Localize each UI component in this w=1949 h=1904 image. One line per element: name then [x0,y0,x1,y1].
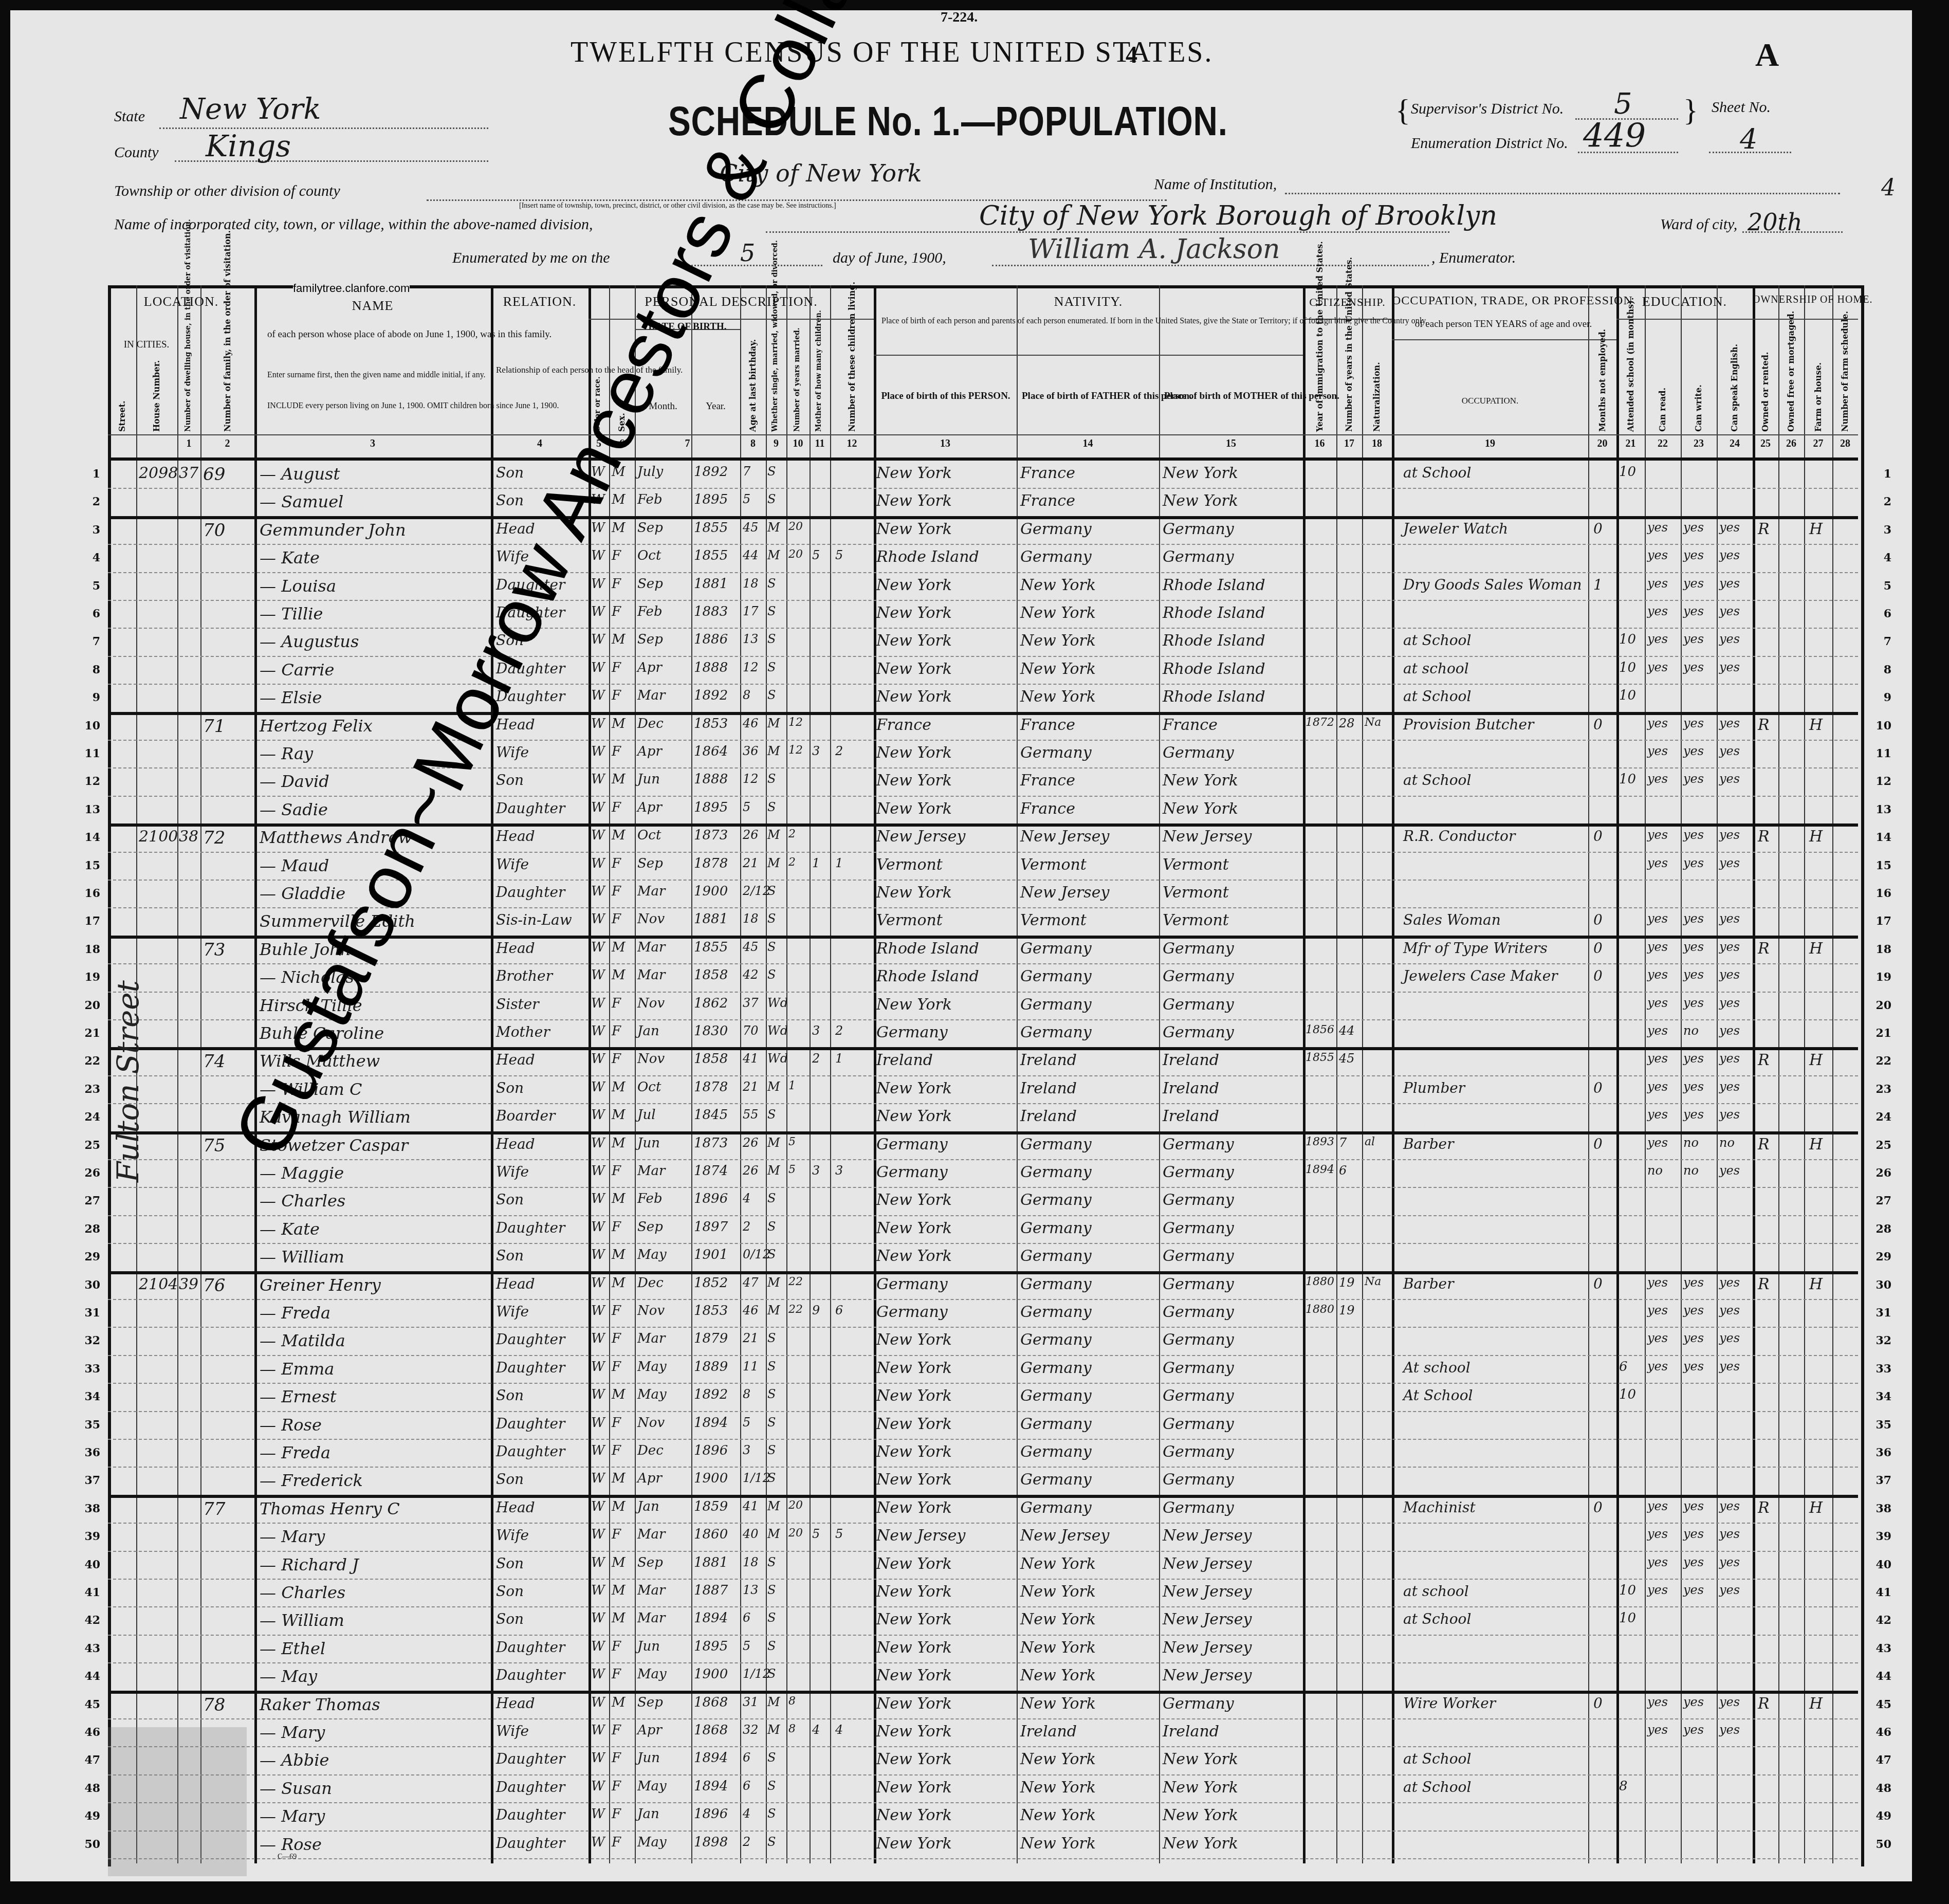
cell-pom: Germany [1163,967,1234,985]
cell-mar: S [767,967,776,982]
cell-pob: New York [876,1191,952,1209]
enumerated-suffix: day of June, 1900, [833,249,946,267]
cell-mar: S [767,688,776,702]
cell-name: — Kate [260,1219,320,1239]
cell-yr: 1894 [694,1610,728,1626]
cell-ym: 2 [788,828,796,840]
cell-rd: yes [1647,1499,1668,1513]
column-number: 10 [786,438,810,450]
cell-age: 4 [743,1191,750,1205]
cell-age: 8 [743,1387,750,1401]
cell-pom: Germany [1163,1023,1234,1041]
cell-rel: Sister [496,996,539,1013]
cell-pom: New Jersey [1163,1639,1252,1657]
cell-wr: yes [1683,772,1704,786]
cell-pof: France [1020,464,1075,482]
cell-mar: S [767,1415,776,1430]
enumerator-label: , Enumerator. [1431,249,1516,267]
header-marital: Whether single, married, widowed, or div… [771,329,779,432]
cell-age: 26 [743,1163,759,1178]
header-pob-mother: Place of birth of MOTHER of this person. [1164,391,1298,402]
cell-pof: France [1020,492,1075,510]
row-number-right: 39 [1871,1530,1891,1543]
cell-rd: yes [1647,1079,1668,1094]
sheet-label: Sheet No. [1712,99,1771,116]
cell-wr: yes [1683,1723,1704,1737]
header-naturalization: Naturalization. [1372,360,1382,432]
cell-pom: Vermont [1163,884,1229,902]
cell-age: 7 [743,464,750,479]
cell-rd: yes [1647,1555,1668,1569]
cell-rd: yes [1647,1275,1668,1290]
cell-pob: New York [876,884,952,902]
sheet-value: 4 [1740,123,1757,156]
cell-mc: 9 [812,1303,820,1317]
cell-mo: Oct [637,828,661,843]
cell-mo: Jan [637,1499,659,1514]
cell-color: W [591,716,605,731]
header-free: Owned free or mortgaged. [1786,324,1796,432]
row-number-right: 40 [1871,1558,1891,1571]
header-school: Attended school (in months). [1626,324,1635,432]
street-name-note: Fulton Street [111,980,145,1182]
cell-sex: F [612,1163,621,1179]
cell-color: W [591,576,605,592]
row-number-right: 48 [1871,1782,1891,1795]
cell-rd: yes [1647,911,1668,926]
cell-age: 13 [743,632,759,646]
cell-mc: 5 [812,1527,820,1541]
cell-unemp: 0 [1593,1499,1603,1516]
cell-pob: France [876,716,931,734]
cell-pom: Germany [1163,996,1234,1014]
cell-name: Gemmunder John [260,520,406,540]
cell-yr: 1900 [694,884,728,899]
institution-line [1285,193,1840,194]
row-divider [1392,339,1616,340]
cell-yr: 1896 [694,1191,728,1206]
row-divider [108,1858,1858,1859]
cell-pof: Germany [1020,744,1092,762]
row-number-right: 22 [1871,1054,1891,1068]
cell-mo: Nov [637,1415,665,1431]
cell-name: — William [260,1247,344,1267]
cell-house: 2100 [139,828,178,846]
cell-pom: New Jersey [1163,828,1252,846]
cell-pof: Germany [1020,1359,1092,1377]
cell-mar: M [767,1723,780,1737]
cell-sp: yes [1719,1555,1740,1569]
header-farm-schedule: Number of farm schedule. [1840,324,1850,432]
row-number-right: 30 [1871,1278,1891,1292]
cell-name: — Ernest [260,1387,337,1406]
cell-pom: New Jersey [1163,1527,1252,1545]
cell-wr: no [1683,1023,1699,1038]
cell-pom: Rhode Island [1163,576,1265,594]
cell-pof: Germany [1020,520,1092,538]
cell-age: 70 [743,1023,759,1038]
cell-name: — Maggie [260,1163,344,1183]
cell-mo: Sep [637,1219,663,1235]
cell-pom: New Jersey [1163,1555,1252,1573]
cell-name: — Freda [260,1443,330,1462]
cell-pob: Germany [876,1163,948,1181]
cell-pob: New York [876,744,952,762]
cell-wr: yes [1683,1583,1704,1597]
watermark-site[interactable]: familytree.clanfore.com [293,282,410,295]
cell-color: W [591,1471,605,1486]
cell-pof: New York [1020,1583,1096,1601]
header-farm-house: Farm or house. [1813,324,1823,432]
city-value: City of New York Borough of Brooklyn [979,200,1497,231]
cell-occ: Jewelers Case Maker [1403,967,1558,984]
row-number-left: 15 [80,859,100,872]
cell-mar: S [767,1359,776,1374]
cell-pof: France [1020,772,1075,790]
cell-pof: Germany [1020,548,1092,566]
cell-pom: Germany [1163,1499,1234,1517]
cell-rel: Wife [496,1527,529,1544]
cell-fam: 69 [203,464,225,485]
cell-rd: yes [1647,1583,1668,1597]
cell-pom: Ireland [1163,1051,1219,1069]
column-number: 17 [1336,438,1362,450]
cell-sex: M [612,1107,626,1123]
cell-pof: Vermont [1020,856,1087,874]
cell-mar: S [767,1779,776,1793]
cell-mo: Apr [637,744,662,759]
cell-pom: New Jersey [1163,1667,1252,1685]
cell-wr: yes [1683,940,1704,954]
cell-mar: S [767,884,776,898]
cell-color: W [591,1555,605,1570]
cell-pob: New York [876,1667,952,1685]
cell-unemp: 0 [1593,828,1603,845]
cell-occ: at School [1403,1779,1471,1796]
cell-rel: Brother [496,967,553,984]
cell-yr: 1889 [694,1359,728,1375]
cell-sex: F [612,1359,621,1375]
cell-rd: yes [1647,1303,1668,1317]
cell-mar: S [767,1247,776,1261]
row-number-right: 16 [1871,887,1891,900]
cell-ym: 20 [788,548,803,561]
cell-sp: yes [1719,744,1740,758]
cell-pom: Germany [1163,1303,1234,1321]
cell-ym: 12 [788,716,803,729]
cell-mar: S [767,1471,776,1485]
cell-mo: Sep [637,576,663,592]
cell-rel: Daughter [496,1639,565,1656]
cell-name: — Abbie [260,1750,329,1770]
cell-wr: yes [1683,996,1704,1010]
cell-sp: yes [1719,520,1740,535]
cell-rd: yes [1647,856,1668,870]
cell-fam: 70 [203,520,225,541]
cell-sex: M [612,967,626,983]
cell-ym: 20 [788,1499,803,1512]
cell-yr: 1895 [694,492,728,507]
cell-pob: Vermont [876,911,943,929]
column-number: 13 [874,438,1017,450]
ed-value: 449 [1583,117,1646,155]
row-number-left: 23 [80,1083,100,1096]
cell-wr: yes [1683,911,1704,926]
cell-pom: New York [1163,1806,1238,1824]
cell-pob: New York [876,1387,952,1405]
header-name-sub: of each person whose place of abode on J… [267,329,478,341]
cell-sp: yes [1719,1303,1740,1317]
brace-right: } [1683,93,1698,128]
cell-rd: yes [1647,1331,1668,1345]
cell-rel: Wife [496,1723,529,1740]
cell-name: — August [260,464,340,484]
row-number-right: 25 [1871,1139,1891,1152]
cell-age: 46 [743,716,759,730]
row-number-right: 38 [1871,1502,1891,1515]
cell-rel: Daughter [496,1331,565,1348]
cell-color: W [591,1275,605,1291]
cell-unemp: 1 [1593,576,1603,593]
cell-rel: Son [496,1191,524,1208]
cell-pof: Germany [1020,1136,1092,1154]
cell-pob: New York [876,464,952,482]
cell-pom: New York [1163,492,1238,510]
cell-yr: 1878 [694,856,728,871]
cell-pom: New York [1163,1835,1238,1853]
cell-pom: Germany [1163,1275,1234,1293]
cell-age: 0/12 [743,1247,770,1261]
cell-age: 46 [743,1303,759,1317]
cell-name: — Ray [260,744,313,763]
cell-pof: New York [1020,576,1096,594]
cell-unemp: 0 [1593,716,1603,733]
cell-color: W [591,744,605,759]
cell-age: 26 [743,1136,759,1150]
cell-age: 26 [743,828,759,842]
cell-name: — Mary [260,1806,325,1826]
cell-mo: Jun [637,1136,660,1151]
cell-mar: S [767,911,776,926]
column-number: 27 [1804,438,1832,450]
cell-age: 8 [743,688,750,702]
cell-sp: yes [1719,1275,1740,1290]
cell-sex: M [612,520,626,536]
cell-occ: Machinist [1403,1499,1476,1516]
cell-imm: 1855 [1306,1051,1334,1064]
cell-rd: yes [1647,632,1668,646]
cell-sex: F [612,1835,621,1850]
cell-color: W [591,772,605,787]
cell-age: 41 [743,1051,759,1066]
cell-wr: yes [1683,967,1704,982]
cell-yus: 19 [1339,1275,1355,1290]
cell-pom: Germany [1163,940,1234,958]
row-number-right: 29 [1871,1250,1891,1264]
cell-color: W [591,660,605,675]
cell-sex: M [612,1499,626,1514]
cell-sp: yes [1719,576,1740,591]
cell-pof: Germany [1020,1499,1092,1517]
cell-sp: yes [1719,911,1740,926]
cell-sex: F [612,604,621,619]
cell-mar: M [767,856,780,870]
cell-name: — Frederick [260,1471,363,1490]
cell-cl: 5 [835,1527,843,1541]
cell-pom: Germany [1163,1695,1234,1713]
cell-sp: yes [1719,604,1740,618]
cell-wr: yes [1683,1499,1704,1513]
cell-wr: yes [1683,744,1704,758]
cell-unemp: 0 [1593,911,1603,928]
cell-pof: Ireland [1020,1107,1077,1125]
cell-pom: Germany [1163,744,1234,762]
cell-yr: 1881 [694,576,728,592]
cell-sp: yes [1719,1331,1740,1345]
cell-rd: yes [1647,520,1668,535]
cell-yr: 1898 [694,1835,728,1850]
row-number-left: 10 [80,719,100,733]
cell-mo: Oct [637,548,661,563]
cell-yus: 19 [1339,1303,1355,1317]
cell-unemp: 0 [1593,1695,1603,1712]
cell-mar: M [767,1303,780,1317]
county-value: Kings [206,129,291,163]
cell-mc: 4 [812,1723,820,1737]
cell-imm: 1880 [1306,1303,1334,1316]
cell-pof: New York [1020,632,1096,650]
column-number: 9 [766,438,786,450]
row-number-left: 13 [80,803,100,816]
institution-label: Name of Institution, [1154,176,1277,193]
row-number-right: 37 [1871,1474,1891,1487]
cell-rel: Son [496,1079,524,1096]
cell-pob: Germany [876,1303,948,1321]
cell-rd: yes [1647,828,1668,842]
cell-rd: yes [1647,772,1668,786]
cell-name: — Mary [260,1723,325,1742]
cell-mar: S [767,940,776,954]
cell-rel: Daughter [496,1779,565,1796]
cell-color: W [591,856,605,871]
cell-wr: yes [1683,660,1704,674]
cell-sex: M [612,1555,626,1570]
row-number-left: 4 [80,551,100,564]
cell-color: W [591,1779,605,1794]
cell-mar: M [767,716,780,730]
cell-mar: Wd [767,996,788,1010]
cell-name: — Emma [260,1359,334,1379]
cell-color: W [591,1443,605,1458]
cell-mo: July [637,464,663,480]
cell-rel: Head [496,828,535,845]
cell-sex: M [612,1079,626,1095]
cell-sp: yes [1719,548,1740,562]
row-number-left: 40 [80,1558,100,1571]
cell-sch: 10 [1619,772,1636,787]
cell-pom: Germany [1163,1443,1234,1461]
cell-wr: yes [1683,520,1704,535]
cell-imm: 1894 [1306,1163,1334,1176]
cell-occ: at School [1403,632,1471,649]
cell-pof: Germany [1020,996,1092,1014]
cell-color: W [591,1136,605,1151]
cell-yr: 1830 [694,1023,728,1039]
cell-pof: New York [1020,1639,1096,1657]
row-number-right: 4 [1871,551,1891,564]
cell-pom: Germany [1163,1331,1234,1349]
sheet-letter: A [1755,36,1779,74]
cell-wr: yes [1683,1275,1704,1290]
cell-sp: yes [1719,1079,1740,1094]
ed-label: Enumeration District No. [1411,135,1568,152]
cell-color: W [591,1527,605,1542]
cell-pof: Germany [1020,1443,1092,1461]
cell-mar: M [767,1527,780,1541]
margin-mark: 4 [1881,175,1896,201]
cell-name: — Rose [260,1415,322,1435]
row-number-left: 30 [80,1278,100,1292]
cell-fh: H [1809,1499,1823,1517]
row-number-right: 13 [1871,803,1891,816]
cell-rel: Son [496,1583,524,1600]
cell-rel: Head [496,1136,535,1152]
header-nativity-sub: Place of birth of each person and parent… [881,316,1295,326]
cell-mo: Feb [637,604,663,619]
cell-sex: F [612,1219,621,1235]
cell-pof: Germany [1020,1219,1092,1237]
cell-pob: New York [876,1499,952,1517]
row-number-left: 28 [80,1222,100,1236]
row-divider [1616,319,1858,320]
cell-age: 21 [743,856,759,870]
cell-pof: Germany [1020,1247,1092,1265]
cell-own: R [1758,1499,1770,1517]
supervisor-value: 5 [1614,87,1632,121]
cell-sp: no [1719,1136,1735,1150]
cell-pob: New York [876,1359,952,1377]
row-number-right: 28 [1871,1222,1891,1236]
header-education: EDUCATION. [1616,294,1753,309]
cell-own: R [1758,716,1770,734]
cell-rd: yes [1647,548,1668,562]
cell-pob: New York [876,1247,952,1265]
row-number-right: 1 [1871,467,1891,481]
cell-rel: Daughter [496,1750,565,1767]
cell-rd: yes [1647,1051,1668,1066]
cell-wr: yes [1683,1051,1704,1066]
cell-rd: yes [1647,967,1668,982]
row-number-right: 8 [1871,663,1891,676]
cell-sp: yes [1719,1527,1740,1541]
cell-pob: New York [876,1750,952,1768]
cell-pof: Germany [1020,1191,1092,1209]
cell-pom: Germany [1163,1359,1234,1377]
cell-sp: yes [1719,940,1740,954]
cell-unemp: 0 [1593,1136,1603,1152]
cell-mc: 3 [812,1163,820,1178]
cell-mo: Mar [637,1163,666,1179]
cell-fam: 71 [203,716,225,737]
cell-yus: 6 [1339,1163,1347,1178]
cell-name: — Maud [260,856,329,875]
cell-yr: 1888 [694,772,728,787]
cell-name: — Sadie [260,800,328,819]
cell-cl: 6 [835,1303,843,1317]
cell-sex: F [612,548,621,563]
row-number-left: 39 [80,1530,100,1543]
cell-sp: yes [1719,1499,1740,1513]
